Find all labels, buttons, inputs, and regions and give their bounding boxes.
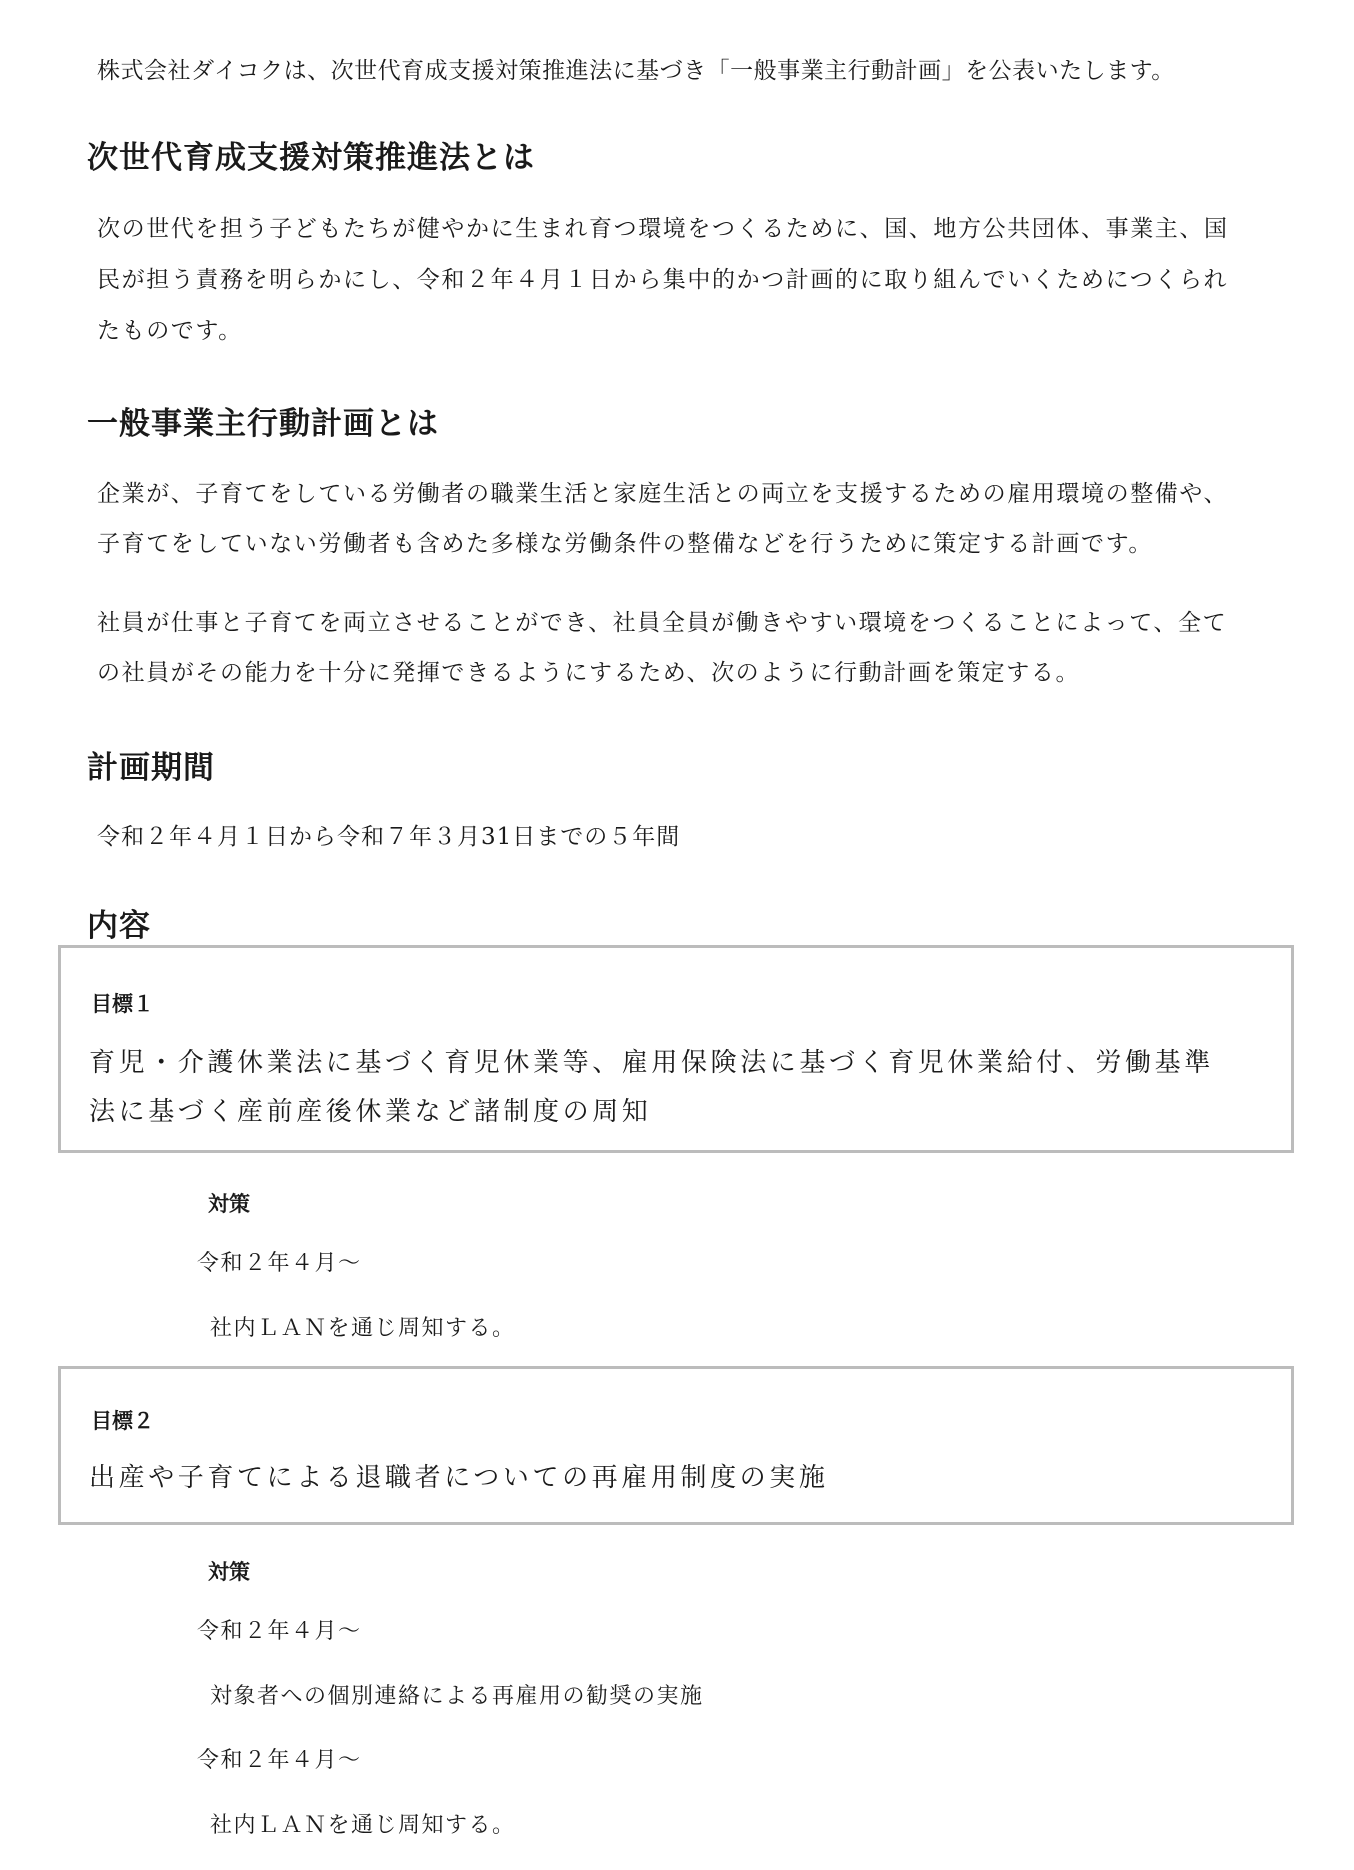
goal-2-measures-label: 対策 bbox=[208, 1556, 250, 1586]
goal-1-measures-label: 対策 bbox=[208, 1188, 250, 1218]
heading-period: 計画期間 bbox=[87, 742, 215, 787]
law-line-1: 次の世代を担う子どもたちが健やかに生まれ育つ環境をつくるために、国、地方公共団体… bbox=[97, 210, 1229, 243]
goal-2-measure-1-text: 対象者への個別連絡による再雇用の勧奨の実施 bbox=[210, 1679, 704, 1710]
goal-2-measure-2-text: 社内ＬＡＮを通じ周知する。 bbox=[210, 1808, 516, 1839]
period-text: 令和２年４月１日から令和７年３月31日までの５年間 bbox=[97, 818, 680, 851]
goal-1-line-1: 育児・介護休業法に基づく育児休業等、雇用保険法に基づく育児休業給付、労働基準 bbox=[89, 1042, 1214, 1079]
heading-law: 次世代育成支援対策推進法とは bbox=[87, 132, 535, 177]
plan-para1-line-1: 企業が、子育てをしている労働者の職業生活と家庭生活との両立を支援するための雇用環… bbox=[97, 475, 1228, 508]
goal-2-measure-1-date: 令和２年４月～ bbox=[197, 1614, 362, 1645]
goal-2-box: 目標２ 出産や子育てによる退職者についての再雇用制度の実施 bbox=[58, 1366, 1294, 1525]
goal-1-measure-1-text: 社内ＬＡＮを通じ周知する。 bbox=[210, 1311, 516, 1342]
plan-para2-line-2: の社員がその能力を十分に発揮できるようにするため、次のように行動計画を策定する。 bbox=[97, 654, 1080, 687]
goal-2-label: 目標２ bbox=[91, 1405, 154, 1435]
goal-1-label: 目標１ bbox=[91, 988, 154, 1018]
law-line-3: たものです。 bbox=[97, 312, 243, 345]
intro-statement: 株式会社ダイコクは、次世代育成支援対策推進法に基づき「一般事業主行動計画」を公表… bbox=[97, 52, 1175, 85]
law-line-2: 民が担う責務を明らかにし、令和２年４月１日から集中的かつ計画的に取り組んでいくた… bbox=[97, 261, 1228, 294]
heading-content: 内容 bbox=[87, 900, 151, 945]
goal-2-measure-2-date: 令和２年４月～ bbox=[197, 1743, 362, 1774]
plan-para1-line-2: 子育てをしていない労働者も含めた多様な労働条件の整備などを行うために策定する計画… bbox=[97, 525, 1153, 558]
heading-plan: 一般事業主行動計画とは bbox=[87, 398, 439, 443]
goal-1-line-2: 法に基づく産前産後休業など諸制度の周知 bbox=[89, 1091, 651, 1128]
goal-1-measure-1-date: 令和２年４月～ bbox=[197, 1246, 362, 1277]
goal-1-box: 目標１ 育児・介護休業法に基づく育児休業等、雇用保険法に基づく育児休業給付、労働… bbox=[58, 945, 1294, 1153]
goal-2-line-1: 出産や子育てによる退職者についての再雇用制度の実施 bbox=[89, 1457, 828, 1494]
plan-para2-line-1: 社員が仕事と子育てを両立させることができ、社員全員が働きやすい環境をつくることに… bbox=[97, 604, 1227, 637]
